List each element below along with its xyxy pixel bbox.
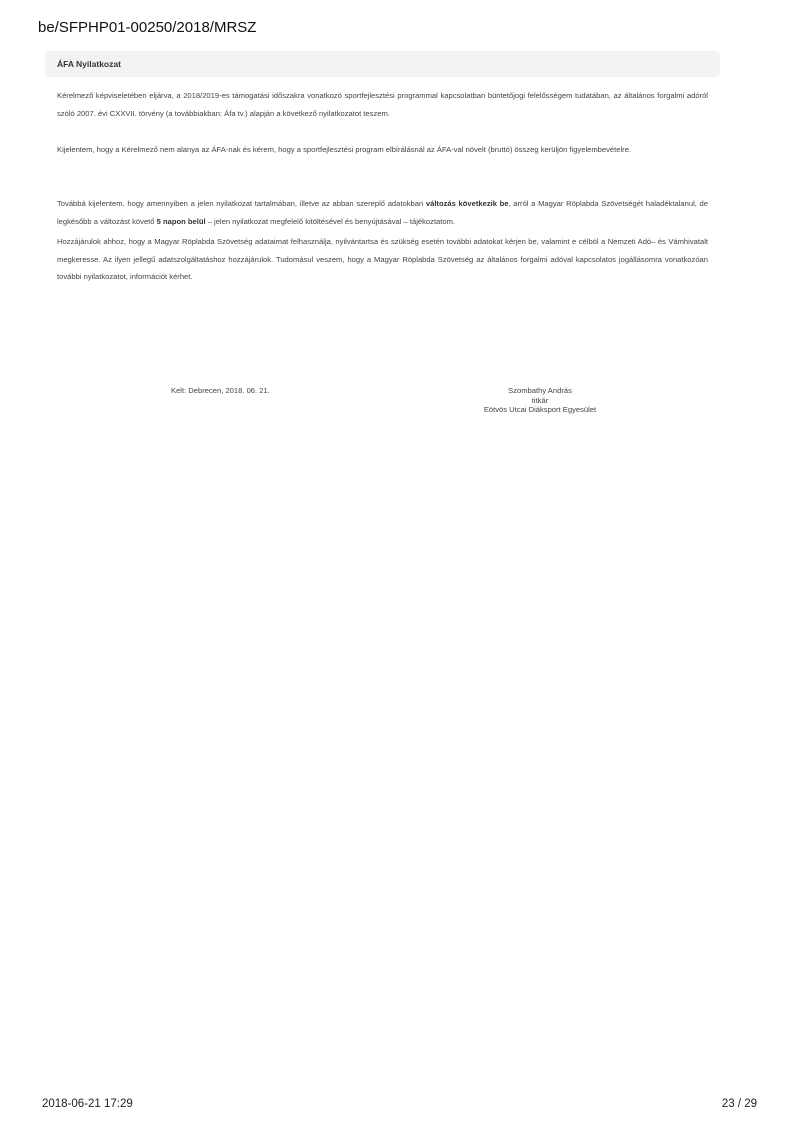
paragraph-text: Továbbá kijelentem, hogy amennyiben a je… — [57, 195, 708, 230]
footer-page-number: 23 / 29 — [722, 1098, 757, 1110]
signatory-name: Szombathy András — [440, 386, 640, 396]
paragraph-text: Kérelmező képviseletében eljárva, a 2018… — [57, 87, 708, 122]
signatory-role: titkár — [440, 396, 640, 406]
section-title: ÁFA Nyilatkozat — [57, 59, 121, 69]
paragraph-text: Kijelentem, hogy a Kérelmező nem alanya … — [57, 141, 708, 159]
paragraph-consent: Hozzájárulok ahhoz, hogy a Magyar Röplab… — [57, 233, 708, 286]
signature-date: Kelt: Debrecen, 2018. 06. 21. — [171, 386, 270, 395]
signatory-organization: Eötvös Utcai Diáksport Egyesület — [440, 405, 640, 415]
document-reference: be/SFPHP01-00250/2018/MRSZ — [38, 19, 256, 36]
section-header: ÁFA Nyilatkozat — [45, 51, 720, 77]
emphasis-deadline: 5 napon belül — [157, 217, 206, 226]
footer-timestamp: 2018-06-21 17:29 — [42, 1098, 133, 1110]
signature-block: Szombathy András titkár Eötvös Utcai Diá… — [440, 386, 640, 415]
paragraph-text-part: Továbbá kijelentem, hogy amennyiben a je… — [57, 199, 426, 208]
paragraph-text-part: – jelen nyilatkozat megfelelő kitöltésév… — [206, 217, 455, 226]
paragraph-text: Hozzájárulok ahhoz, hogy a Magyar Röplab… — [57, 233, 708, 286]
paragraph-change-notice: Továbbá kijelentem, hogy amennyiben a je… — [57, 195, 708, 230]
paragraph-vat-status: Kijelentem, hogy a Kérelmező nem alanya … — [57, 141, 708, 159]
emphasis-change: változás következik be — [426, 199, 509, 208]
paragraph-declaration-intro: Kérelmező képviseletében eljárva, a 2018… — [57, 87, 708, 122]
